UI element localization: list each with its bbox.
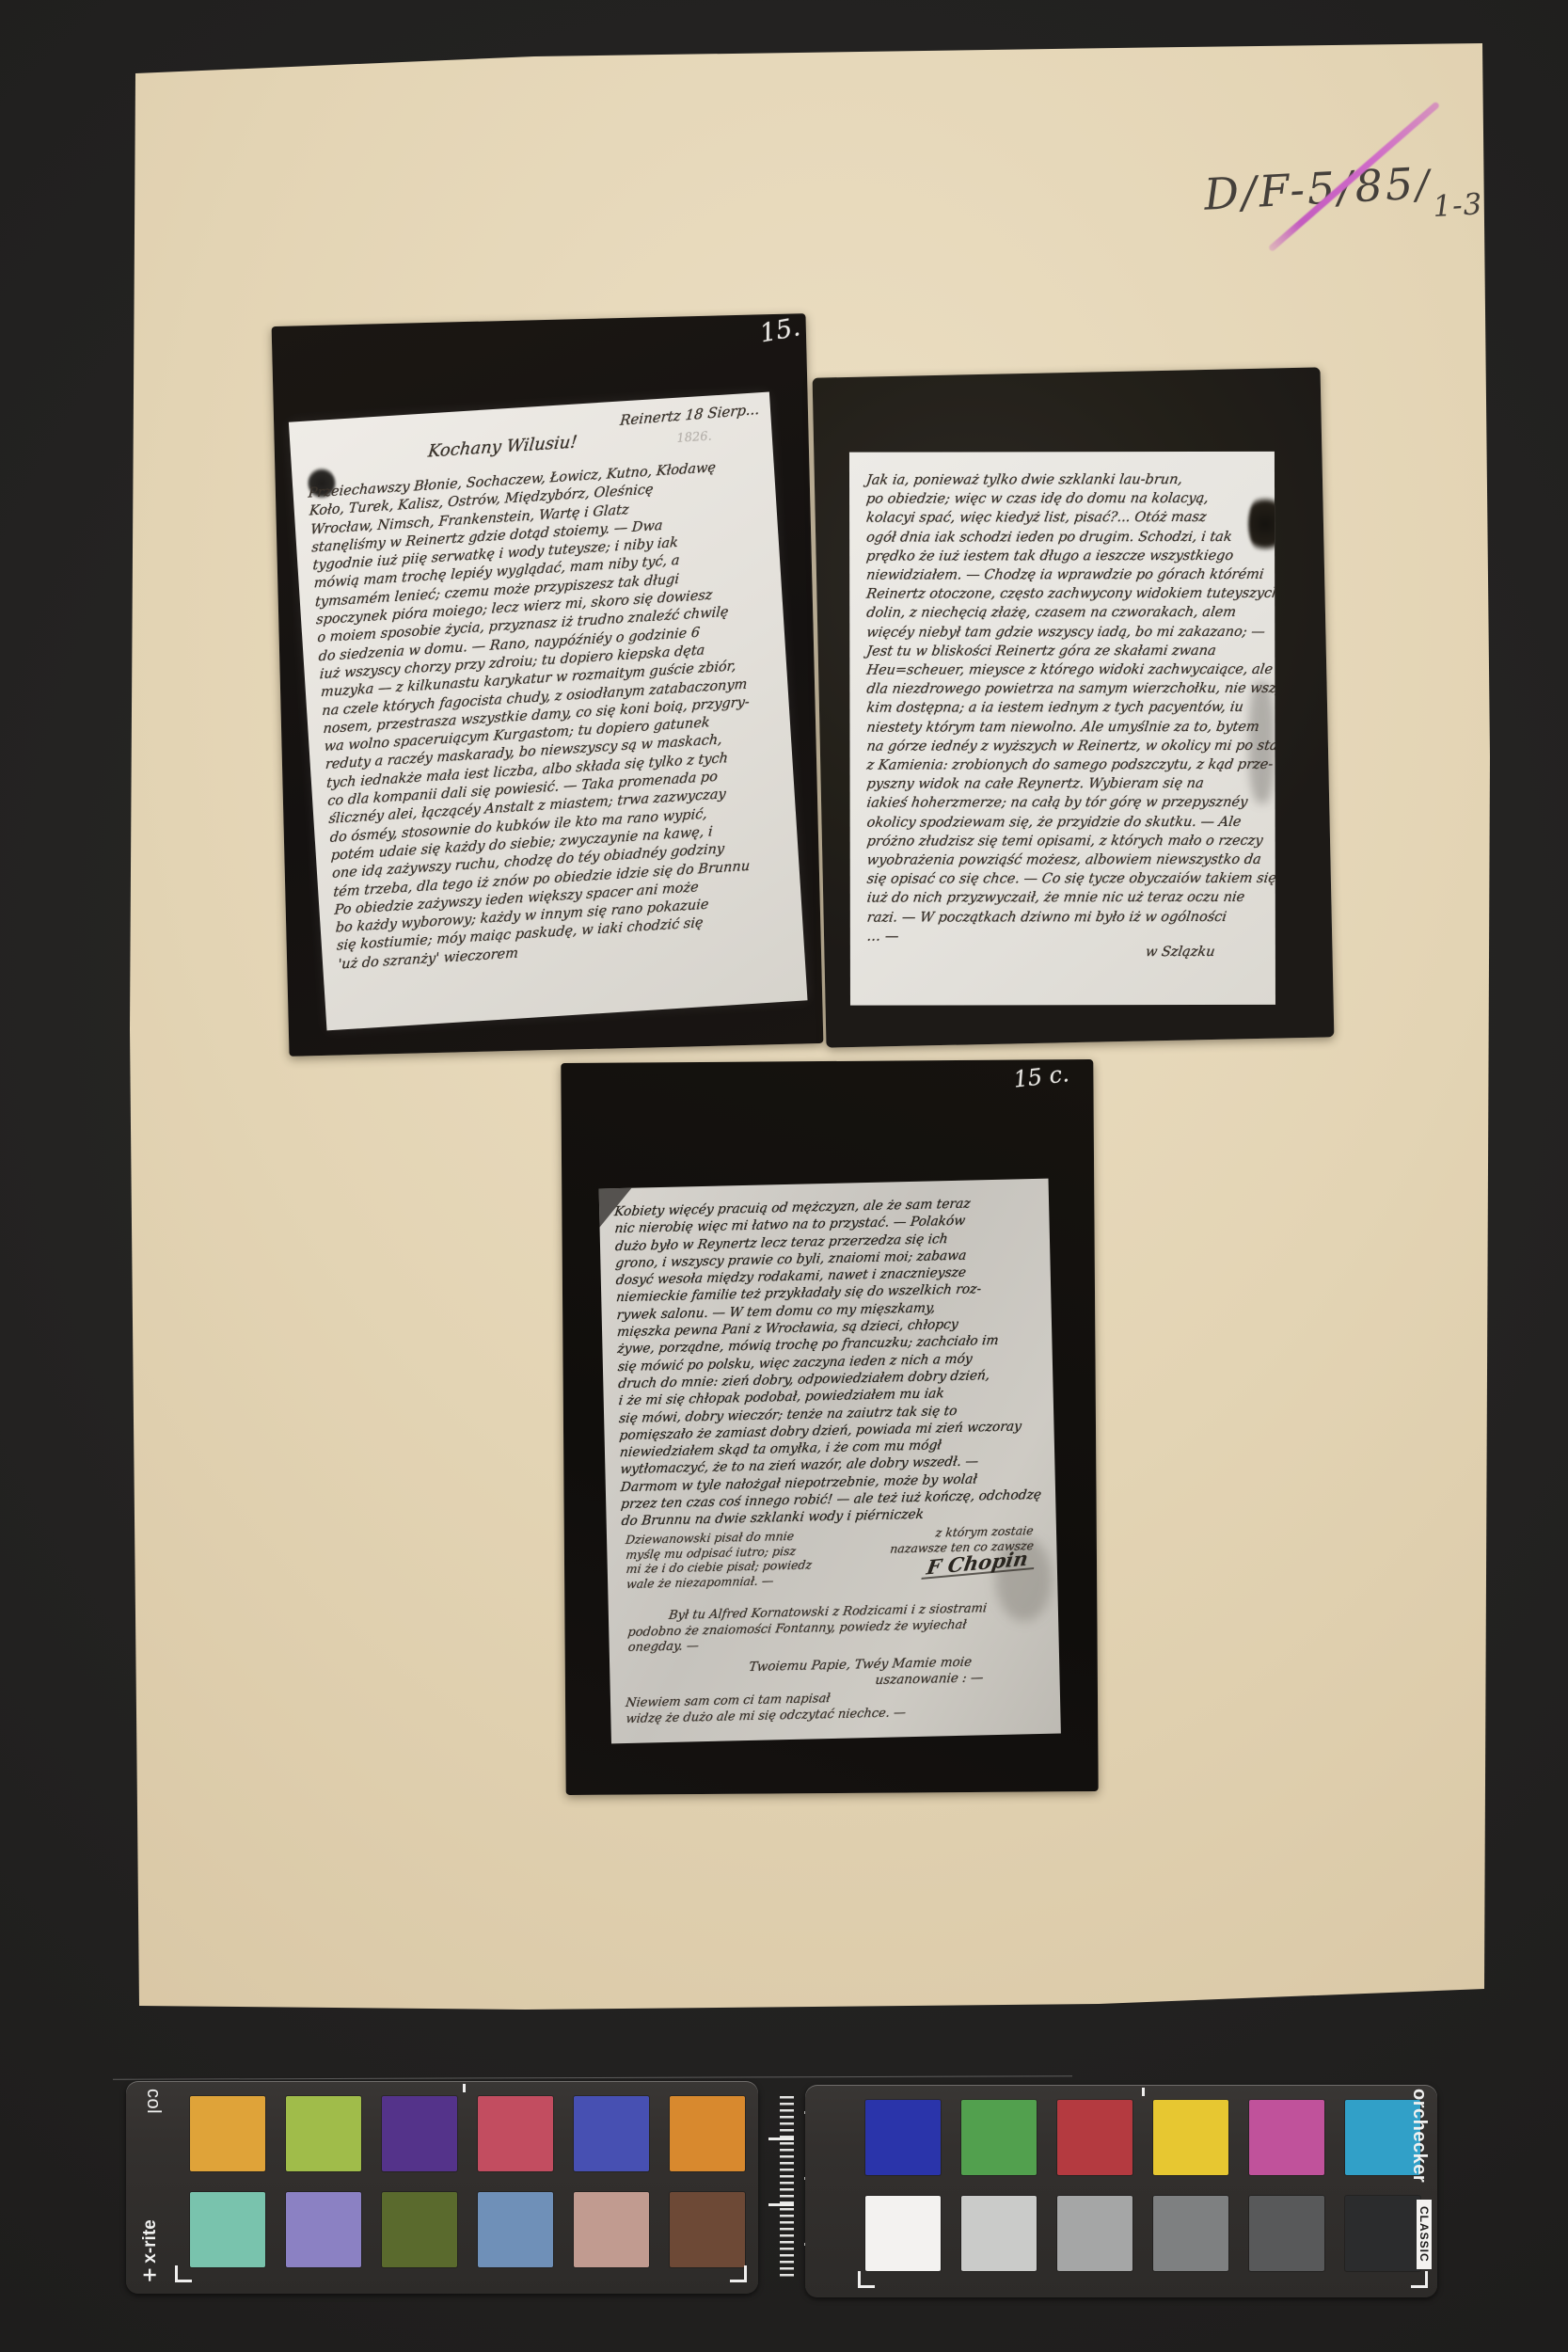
colorchecker-wordmark-fragment-left: col [142,2089,164,2114]
colorchecker-right-patches [865,2100,1420,2271]
color-patch-black [1345,2196,1420,2271]
photo-letter-1: Reinertz 18 Sierp... 1826. Kochany Wilus… [272,313,824,1057]
letter-3-final-lines: Niewiem sam com ci tam napisałwidzę że d… [626,1690,906,1727]
ruler-ticks-left [780,2096,794,2277]
color-patch-white [865,2196,941,2271]
colorchecker-left-patches [190,2096,745,2267]
photo-number-label-1: 15. [757,312,802,348]
archival-photograph: D/F-5/85/1-3 Reinertz 18 Sierp... 1826. … [0,0,1568,2352]
classic-label: CLASSIC [1417,2200,1432,2269]
catalog-number-suffix: 1-3 [1433,187,1484,224]
letter-2-body: Jak ia, ponieważ tylko dwie szklanki lau… [866,470,1275,946]
colorchecker-right-strip: orchecker CLASSIC [805,2085,1437,2297]
letter-3-postscript-right: z którym zostaienazawsze ten co zawsze F… [890,1523,1040,1585]
handwriting-line: niestety którym tam niewolno. Ale umyśln… [865,717,1275,737]
color-patch-blue-sky [478,2192,553,2267]
xrite-logo-icon: ✕ [139,2265,162,2287]
handwriting-line: iakieś hoherzmerze; na całą by tór górę … [865,793,1275,813]
color-patch-bluish-green [190,2192,265,2267]
color-patch-neutral-8 [961,2196,1037,2271]
handwriting-line: ogół dnia iak schodzi ieden po drugim. S… [865,527,1275,547]
handwriting-line: wyobrażenia powziąść możesz, albowiem ni… [865,850,1275,870]
letter-2-page: Jak ia, ponieważ tylko dwie szklanki lau… [849,452,1275,1006]
color-patch-neutral-5 [1153,2196,1228,2271]
handwriting-line: Reinertz otoczone, często zachwycony wid… [865,584,1275,604]
colorchecker-wordmark-fragment-right: orchecker [1408,2089,1430,2183]
handwriting-line: dla niezdrowego powietrza na samym wierz… [865,679,1275,699]
handwriting-line: razi. — W początkach dziwno mi było iż w… [865,907,1275,927]
crop-mark [858,2271,875,2288]
crop-mark [730,2265,747,2282]
letter-3-body: Kobiety więcéy pracuią od mężczyzn, ale … [614,1194,1042,1531]
handwriting-line: próżno złudzisz się temi opisami, z któr… [865,832,1275,851]
letter-3-postscript-row: Dziewanowski pisał do mniemyślę mu odpis… [626,1523,1040,1591]
handwriting-line: kim dostępna; a ia iestem iednym z tych … [865,698,1275,718]
handwriting-line: prędko że iuż iestem tak długo a ieszcze… [865,547,1275,566]
handwriting-line: uszanowanie : — [875,1669,1035,1689]
handwriting-line: na górze iednéy z wyższych w Reinertz, w… [865,737,1275,756]
photo-letter-2: Jak ia, ponieważ tylko dwie szklanki lau… [813,367,1335,1047]
ruler-long-tick [768,2137,794,2140]
handwriting-line: po obiedzie; więc w czas idę do domu na … [865,489,1275,509]
handwriting-line: z Kamienia: zrobionych do samego podszcz… [865,755,1275,775]
color-patch-blue-flower [286,2192,361,2267]
handwriting-line: Jak ia, ponieważ tylko dwie szklanki lau… [865,470,1275,490]
photo-number-label-3: 15 c. [1012,1060,1070,1092]
color-patch-blue [865,2100,941,2175]
handwriting-line: kolacyi spać, więc kiedyż list, pisać?..… [865,508,1275,528]
handwriting-line: … — [865,927,1275,946]
ruler-long-tick [768,2203,794,2206]
letter-3-regards: Twoiemu Papie, Twéy Mamie moieuszanowani… [628,1653,1034,1694]
color-patch-purplish-blue [574,2096,649,2171]
catalog-number-divider: / [1415,161,1433,208]
handwriting-line: okolicy spodziewam się, że przyidzie do … [865,812,1275,832]
crop-mark [1411,2271,1428,2288]
color-patch-dark-skin [670,2192,745,2267]
handwriting-line: dolin, z niechęcią złażę, czasem na czwo… [865,603,1275,623]
letter-1-dateline: Reinertz 18 Sierp... [619,401,760,429]
color-patch-orange-yellow [190,2096,265,2171]
letter-3-page: Kobiety więcéy pracuią od mężczyzn, ale … [599,1179,1061,1744]
color-patch-yellow [1153,2100,1228,2175]
color-patch-foliage [382,2192,457,2267]
color-patch-neutral-6-5 [1057,2196,1132,2271]
photo-letter-3: Kobiety więcéy pracuią od mężczyzn, ale … [561,1059,1098,1795]
letter-3-postscript-2: Był tu Alfred Kornatowski z Rodzicami i … [627,1601,988,1656]
color-patch-yellow-green [286,2096,361,2171]
color-patch-magenta [1249,2100,1324,2175]
xrite-brand-text: x-rite [140,2219,161,2263]
xrite-wordmark: ✕ x-rite [140,2219,161,2282]
letter-3-postscript-left: Dziewanowski pisał do mniemyślę mu odpis… [626,1528,813,1590]
letter-2-closing: w Szlązku [1145,945,1216,960]
letter-1-faint-year: 1826. [676,430,712,446]
handwriting-line: Heu=scheuer, mieysce z którego widoki za… [865,660,1275,680]
color-patch-red [1057,2100,1132,2175]
handwriting-line: iuż do nich przyzwyczaił, że mnie nic uż… [865,888,1275,908]
handwriting-line: więcéy niebył tam gdzie wszyscy iadą, bo… [865,622,1275,642]
handwriting-line: się opisać co się chce. — Co się tycze o… [865,869,1275,889]
color-patch-orange [670,2096,745,2171]
handwriting-line: pyszny widok na całe Reynertz. Wybieram … [865,774,1275,794]
letter-1-body: Przeiechawszy Błonie, Sochaczew, Łowicz,… [308,458,765,975]
color-patch-moderate-red [478,2096,553,2171]
color-patch-green [961,2100,1037,2175]
registration-tick [463,2084,466,2092]
chopin-signature: F Chopin [921,1550,1037,1579]
handwriting-line: Jest tu w bliskości Reinertz góra ze ska… [865,642,1275,661]
letter-1-page: Reinertz 18 Sierp... 1826. Kochany Wilus… [289,392,808,1031]
crop-mark [175,2265,192,2282]
color-patch-neutral-3-5 [1249,2196,1324,2271]
colorchecker-left-strip: col ✕ x-rite [126,2081,758,2294]
handwriting-line: niewidziałem. — Chodzę ia wprawdzie po g… [865,565,1275,585]
scratch-highlight [113,2075,1072,2080]
color-patch-light-skin [574,2192,649,2267]
registration-tick [1142,2088,1145,2096]
letter-1-salutation: Kochany Wilusiu! [427,432,578,461]
color-patch-purple [382,2096,457,2171]
